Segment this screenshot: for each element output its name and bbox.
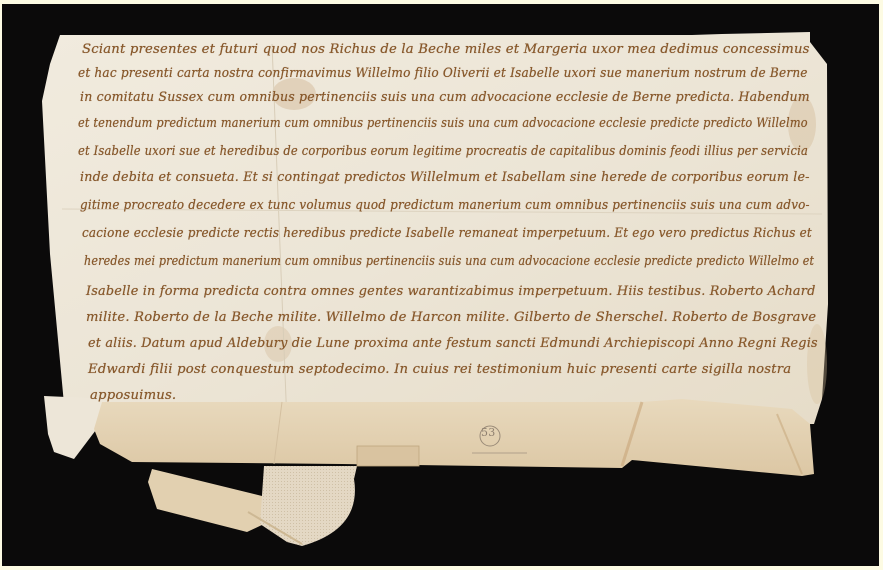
charter-text-line-3: in comitatu Sussex cum omnibus pertinenc…: [80, 90, 810, 105]
charter-text-line-9: heredes mei predictum manerium cum omnib…: [84, 254, 814, 269]
charter-text-line-7: gitime procreato decedere ex tunc volumu…: [80, 198, 810, 213]
charter-text-line-1: Sciant presentes et futuri quod nos Rich…: [82, 42, 810, 57]
seal-tag-strip: [148, 469, 264, 532]
charter-text-line-10: Isabelle in forma predicta contra omnes …: [86, 284, 816, 299]
plica-fold: [94, 399, 814, 476]
charter-text-line-2: et hac presenti carta nostra confirmavim…: [78, 66, 808, 81]
charter-text-line-12: et aliis. Datum apud Aldebury die Lune p…: [88, 336, 818, 351]
charter-text-line-6: inde debita et consueta. Et si contingat…: [80, 170, 810, 185]
seal-tag-fabric: [260, 466, 357, 546]
photo-frame: Sciant presentes et futuri quod nos Rich…: [2, 4, 879, 566]
charter-text-line-14: apposuimus.: [90, 388, 176, 403]
charter-text-line-13: Edwardi filii post conquestum septodecim…: [88, 362, 791, 377]
charter-text-line-4: et tenendum predictum manerium cum omnib…: [78, 116, 808, 131]
pencil-annotation: 53: [481, 426, 495, 439]
charter-text-line-5: et Isabelle uxori sue et heredibus de co…: [78, 144, 808, 159]
charter-text-line-11: milite. Roberto de la Beche milite. Will…: [86, 310, 816, 325]
charter-text-line-8: cacione ecclesie predicte rectis heredib…: [82, 226, 812, 241]
